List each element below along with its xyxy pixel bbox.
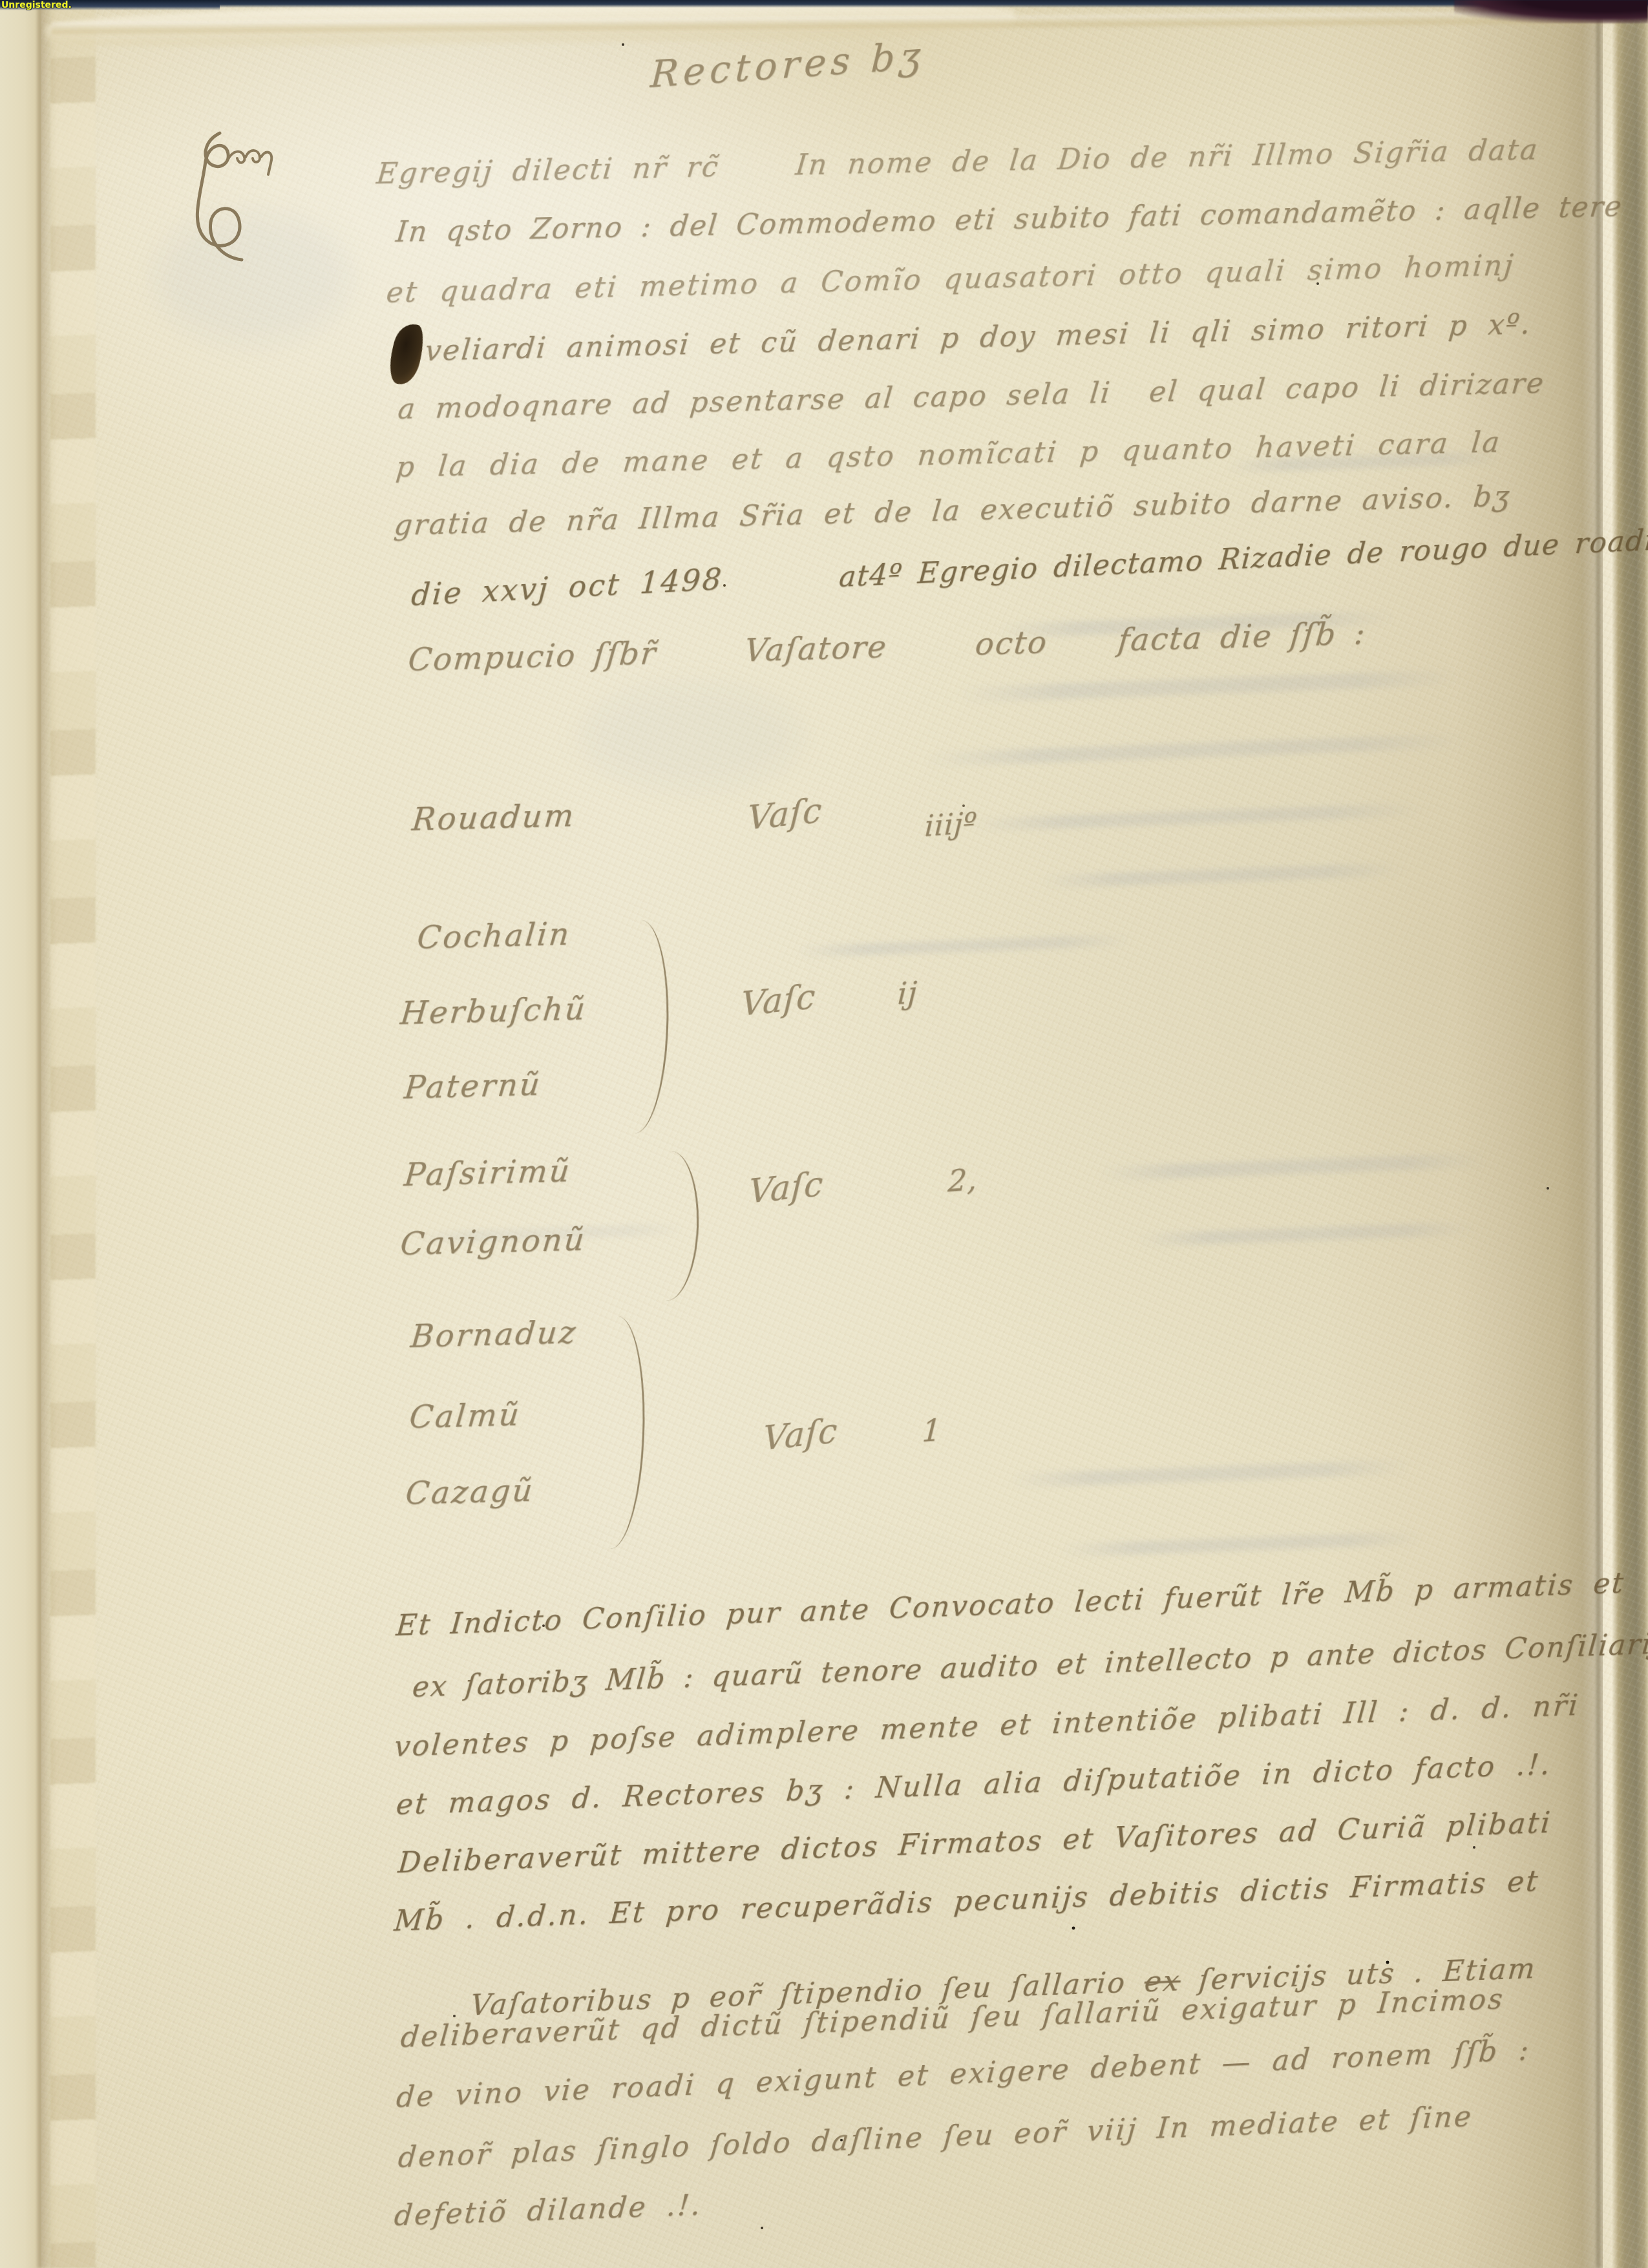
roster-name: Paternũ: [403, 1069, 543, 1104]
bleedthrough-mark: [1099, 1153, 1486, 1181]
roster-name: Bornaduz: [409, 1317, 578, 1352]
roster-brace: [664, 1151, 701, 1302]
deckle-edge: [50, 0, 96, 2268]
roster-name: Cazagũ: [404, 1475, 535, 1509]
roster-name: Cavignonũ: [399, 1224, 587, 1260]
roster-count: iiijº: [924, 809, 978, 841]
manuscript-line: et magos d. Rectores bʒ : Nulla alia diſ…: [395, 1751, 1553, 1820]
manuscript-line: gratia de nr̃a Illma Sr̃ia et de la exec…: [393, 483, 1512, 540]
roster-name: Paſsirimũ: [403, 1155, 573, 1191]
roster-unit: Vaſc: [740, 980, 816, 1022]
bleedthrough-mark: [956, 669, 1461, 702]
bleedthrough-mark: [1060, 1531, 1422, 1557]
manuscript-line: a modoqnare ad psentarse al capo sela li…: [397, 370, 1547, 424]
page-right-edge: [1596, 0, 1600, 2268]
roster-unit: Vaſc: [762, 1414, 838, 1456]
roster-unit: Vaſc: [746, 793, 823, 835]
roster-name: Cochalin: [416, 919, 572, 954]
struck-word: ex: [1143, 1964, 1182, 1999]
roster-brace: [633, 920, 671, 1135]
manuscript-line: denor̃ plas ſinglo ſoldo daſline ſeu eor…: [397, 2103, 1474, 2172]
manuscript-line: volentes p poſse adimplere mente et inte…: [393, 1692, 1581, 1761]
roster-count: 2,: [947, 1164, 978, 1196]
roster-count: 1: [922, 1415, 943, 1446]
manuscript-line: Mb̃ . d.d.n. Et pro recuperãdis pecunijs…: [393, 1867, 1541, 1936]
scanner-watermark: Unregistered.: [1, 0, 72, 10]
manuscript-line: defetiõ dilande .!.: [393, 2191, 703, 2231]
manuscript-line-date: die xxvj oct 1498: [410, 564, 724, 611]
bleedthrough-mark: [1008, 1460, 1409, 1488]
scan-top-right-corner: [1454, 0, 1648, 23]
roster-brace: [609, 1316, 649, 1549]
bleedthrough-mark: [924, 733, 1467, 766]
roster-name: Herbuſchũ: [399, 993, 588, 1029]
underlying-page-edge: [0, 0, 41, 2268]
bleedthrough-mark: [1041, 863, 1402, 888]
ink-blot: [385, 320, 428, 388]
page-heading: Rectores bʒ: [650, 36, 926, 93]
manuscript-line: In qsto Zorno : del Commodemo eti subito…: [395, 193, 1624, 247]
manuscript-line: veliardi animosi et cũ denari p doy mesi…: [424, 310, 1533, 366]
manuscript-line: et quadra eti metimo a Comĩo quasatori o…: [385, 251, 1516, 308]
manuscript-line: Deliberaverũt mittere dictos Firmatos et…: [397, 1809, 1553, 1878]
bleedthrough-mark: [1137, 1222, 1474, 1246]
roster-unit: Vaſc: [748, 1167, 824, 1209]
manuscript-line: Egregij dilecti nr̃ rc̃ In nome de la Di…: [375, 136, 1540, 189]
margin-flourish-mark: [182, 124, 279, 286]
summary-line: Compucio ſſbr̃ Vaſatore octo facta die ſ…: [407, 618, 1368, 677]
manuscript-page-scan: Rectores bʒ Egregij dilecti nr̃ rc̃ In n…: [0, 0, 1648, 2268]
roster-name: Rouadum: [410, 800, 576, 835]
paper-stain: [582, 685, 801, 788]
bleedthrough-mark: [969, 803, 1422, 832]
scan-top-edge: [0, 0, 1648, 8]
manuscript-line: p la dia de mane et a qsto nomĩcati p qu…: [395, 428, 1503, 482]
bleedthrough-mark: [795, 934, 1131, 958]
manuscript-line: Et Indicto Conſilio pur ante Convocato l…: [395, 1570, 1626, 1641]
roster-name: Calmũ: [408, 1399, 522, 1433]
roster-count: ij: [897, 978, 918, 1009]
